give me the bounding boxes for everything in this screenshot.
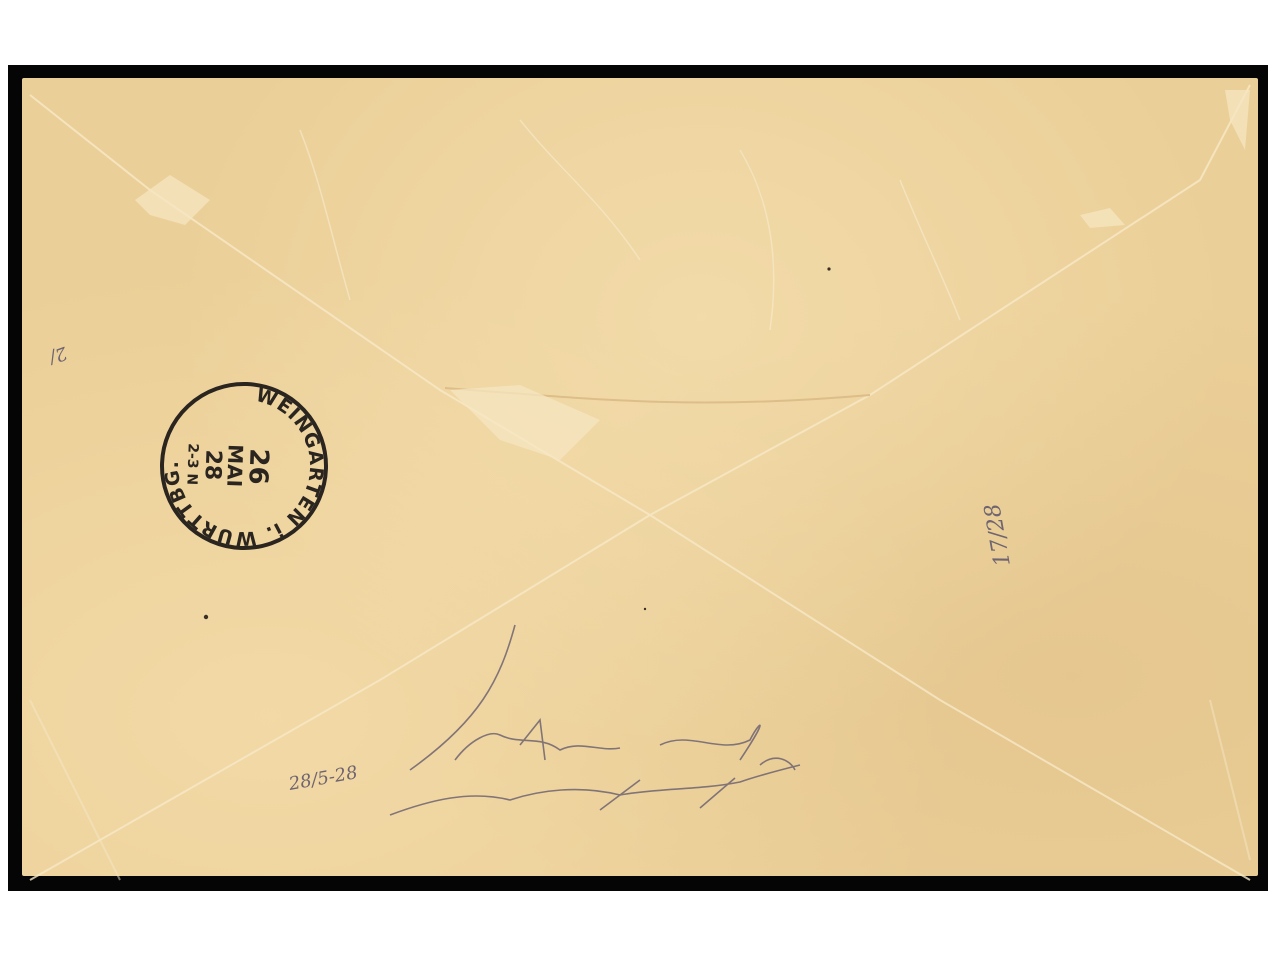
left-pencil-note: 2/	[44, 342, 70, 369]
bottom-date-note: 28/5-28	[286, 762, 359, 795]
creases	[300, 120, 960, 330]
postmark: WEINGARTEN i. WÜRTTBG. 26 MAI 28 2-3 N	[158, 380, 330, 553]
postmark-time: 2-3 N	[183, 443, 200, 485]
right-pencil-note: 17/28	[980, 502, 1016, 569]
postmark-year: 28	[199, 449, 225, 480]
worn-patches	[135, 90, 1250, 460]
flap-folds	[30, 85, 1250, 880]
envelope-details: WEINGARTEN i. WÜRTTBG. 26 MAI 28 2-3 N 1…	[0, 0, 1276, 956]
pencil-scribbles	[390, 625, 800, 815]
